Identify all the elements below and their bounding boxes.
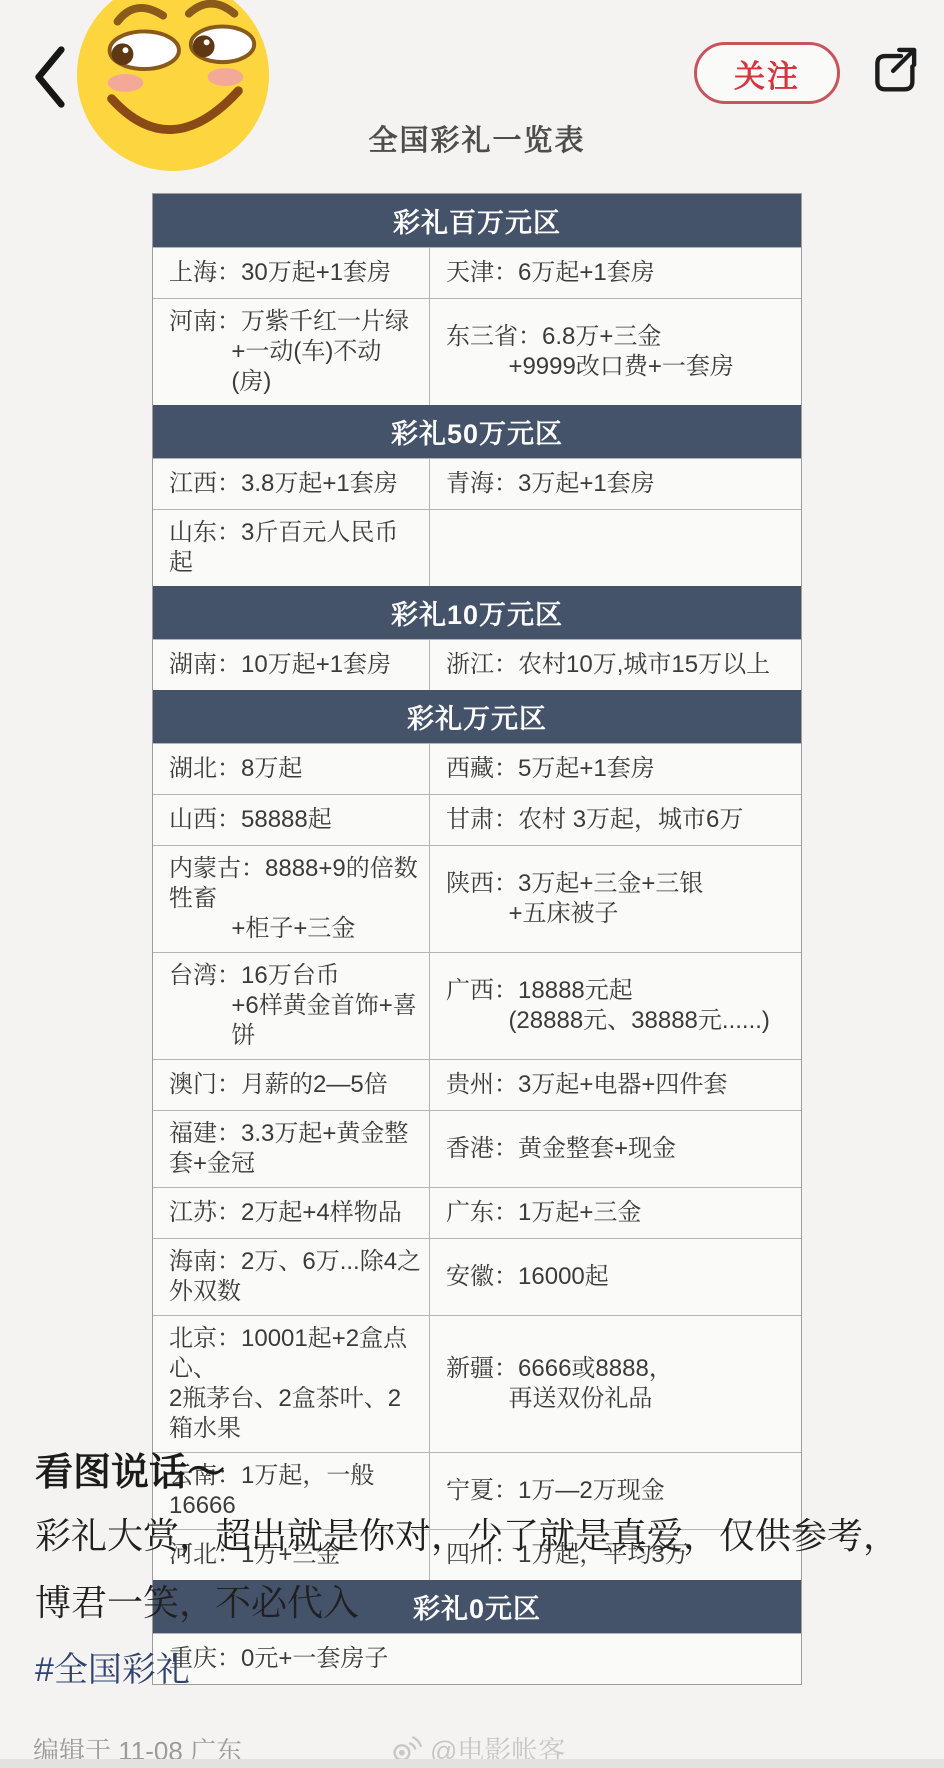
table-cell: 天津：6万起+1套房 xyxy=(429,248,801,298)
cell-line: 贵州：3万起+电器+四件套 xyxy=(446,1070,793,1100)
table-cell: 上海：30万起+1套房 xyxy=(153,248,429,298)
cell-line: 广东：1万起+三金 xyxy=(446,1198,793,1228)
section-header: 彩礼50万元区 xyxy=(153,405,801,458)
cell-line: 江西：3.8万起+1套房 xyxy=(169,469,421,499)
table-cell: 湖南：10万起+1套房 xyxy=(153,640,429,690)
cell-line: 内蒙古：8888+9的倍数牲畜 xyxy=(169,854,421,914)
table-row: 江苏：2万起+4样物品广东：1万起+三金 xyxy=(153,1187,801,1238)
cell-line: 2瓶茅台、2盒茶叶、2箱水果 xyxy=(169,1384,421,1444)
table-cell: 新疆：6666或8888，再送双份礼品 xyxy=(429,1316,801,1452)
cell-line: 新疆：6666或8888， xyxy=(446,1354,793,1384)
table-cell: 广西：18888元起(28888元、38888元......) xyxy=(429,953,801,1059)
table-cell: 青海：3万起+1套房 xyxy=(429,459,801,509)
table-cell: 西藏：5万起+1套房 xyxy=(429,744,801,794)
table-cell: 浙江：农村10万,城市15万以上 xyxy=(429,640,801,690)
table-row: 福建：3.3万起+黄金整套+金冠香港：黄金整套+现金 xyxy=(153,1110,801,1187)
cell-line: 陕西：3万起+三金+三银 xyxy=(446,869,793,899)
table-cell: 台湾：16万台币+6样黄金首饰+喜饼 xyxy=(153,953,429,1059)
cell-line: 安徽：16000起 xyxy=(446,1262,793,1292)
cell-line: +9999改口费+一套房 xyxy=(446,352,793,382)
cell-line: 广西：18888元起 xyxy=(446,976,793,1006)
table-row: 湖北：8万起西藏：5万起+1套房 xyxy=(153,743,801,794)
cell-line: +柜子+三金 xyxy=(169,914,421,944)
table-cell: 江苏：2万起+4样物品 xyxy=(153,1188,429,1238)
cell-line: 江苏：2万起+4样物品 xyxy=(169,1198,421,1228)
table-row: 重庆：0元+一套房子 xyxy=(153,1633,801,1684)
table-cell: 广东：1万起+三金 xyxy=(429,1188,801,1238)
cell-line: 青海：3万起+1套房 xyxy=(446,469,793,499)
cell-line: 香港：黄金整套+现金 xyxy=(446,1134,793,1164)
table-cell: 山东：3斤百元人民币起 xyxy=(153,510,429,586)
cell-line: 澳门：月薪的2—5倍 xyxy=(169,1070,421,1100)
post-paragraph: 彩礼大赏，超出就是你对，少了就是真爱，仅供参考， 博君一笑，不必代入 xyxy=(35,1502,921,1636)
table-cell: 福建：3.3万起+黄金整套+金冠 xyxy=(153,1111,429,1187)
cell-line: +一动(车)不动(房) xyxy=(169,337,421,397)
table-cell: 湖北：8万起 xyxy=(153,744,429,794)
bottom-divider xyxy=(0,1759,944,1768)
cell-line: 浙江：农村10万,城市15万以上 xyxy=(446,650,793,680)
cell-line: (28888元、38888元......) xyxy=(446,1006,793,1036)
table-cell: 安徽：16000起 xyxy=(429,1239,801,1315)
post-paragraph-line: 博君一笑，不必代入 xyxy=(35,1569,921,1636)
cell-line: 甘肃：农村 3万起，城市6万 xyxy=(446,805,793,835)
table-cell: 陕西：3万起+三金+三银+五床被子 xyxy=(429,846,801,952)
table-cell xyxy=(429,510,801,586)
cell-line: +五床被子 xyxy=(446,899,793,929)
cell-line: 山西：58888起 xyxy=(169,805,421,835)
table-cell: 江西：3.8万起+1套房 xyxy=(153,459,429,509)
cell-line: 西藏：5万起+1套房 xyxy=(446,754,793,784)
cell-line: 台湾：16万台币 xyxy=(169,961,421,991)
back-icon[interactable] xyxy=(28,44,72,110)
cell-line: 湖北：8万起 xyxy=(169,754,421,784)
table-cell: 东三省：6.8万+三金+9999改口费+一套房 xyxy=(429,299,801,405)
table-row: 山西：58888起甘肃：农村 3万起，城市6万 xyxy=(153,794,801,845)
cell-line: 山东：3斤百元人民币起 xyxy=(169,518,421,578)
cell-line: +6样黄金首饰+喜饼 xyxy=(169,991,421,1051)
table-row: 山东：3斤百元人民币起 xyxy=(153,509,801,586)
table-row: 澳门：月薪的2—5倍贵州：3万起+电器+四件套 xyxy=(153,1059,801,1110)
post-paragraph-line: 彩礼大赏，超出就是你对，少了就是真爱，仅供参考， xyxy=(35,1502,921,1569)
cell-line: 重庆：0元+一套房子 xyxy=(169,1644,793,1674)
cell-line: 上海：30万起+1套房 xyxy=(169,258,421,288)
table-title: 全国彩礼一览表 xyxy=(152,118,802,159)
cell-line: 湖南：10万起+1套房 xyxy=(169,650,421,680)
table-row: 海南：2万、6万...除4之外双数安徽：16000起 xyxy=(153,1238,801,1315)
table-row: 上海：30万起+1套房天津：6万起+1套房 xyxy=(153,247,801,298)
follow-button[interactable]: 关注 xyxy=(694,42,840,104)
table-cell: 海南：2万、6万...除4之外双数 xyxy=(153,1239,429,1315)
cell-line: 福建：3.3万起+黄金整套+金冠 xyxy=(169,1119,421,1179)
table-cell: 澳门：月薪的2—5倍 xyxy=(153,1060,429,1110)
table-cell: 香港：黄金整套+现金 xyxy=(429,1111,801,1187)
cell-line: 再送双份礼品 xyxy=(446,1384,793,1414)
table-cell: 北京：10001起+2盒点心、2瓶茅台、2盒茶叶、2箱水果 xyxy=(153,1316,429,1452)
table-row: 江西：3.8万起+1套房青海：3万起+1套房 xyxy=(153,458,801,509)
section-header: 彩礼万元区 xyxy=(153,690,801,743)
bride-price-table-image[interactable]: 彩礼百万元区上海：30万起+1套房天津：6万起+1套房河南：万紫千红一片绿+一动… xyxy=(152,193,802,1685)
post-heading: 看图说话～ xyxy=(35,1441,225,1496)
table-cell: 山西：58888起 xyxy=(153,795,429,845)
table-row: 北京：10001起+2盒点心、2瓶茅台、2盒茶叶、2箱水果新疆：6666或888… xyxy=(153,1315,801,1452)
cell-line: 海南：2万、6万...除4之外双数 xyxy=(169,1247,421,1307)
table-cell: 甘肃：农村 3万起，城市6万 xyxy=(429,795,801,845)
table-row: 湖南：10万起+1套房浙江：农村10万,城市15万以上 xyxy=(153,639,801,690)
table-cell: 河南：万紫千红一片绿+一动(车)不动(房) xyxy=(153,299,429,405)
hashtag-link[interactable]: #全国彩礼 xyxy=(35,1642,190,1691)
section-header: 彩礼百万元区 xyxy=(153,194,801,247)
share-icon[interactable] xyxy=(866,38,922,102)
post-detail-screen: 关注 全国彩礼一览表 彩礼百万元区上海：30万起+1套房天津：6万起+1套房河南… xyxy=(0,0,944,1768)
cell-line: 东三省：6.8万+三金 xyxy=(446,322,793,352)
table-row: 河南：万紫千红一片绿+一动(车)不动(房)东三省：6.8万+三金+9999改口费… xyxy=(153,298,801,405)
table-cell: 内蒙古：8888+9的倍数牲畜+柜子+三金 xyxy=(153,846,429,952)
table-cell: 重庆：0元+一套房子 xyxy=(153,1634,801,1684)
cell-line: 北京：10001起+2盒点心、 xyxy=(169,1324,421,1384)
cell-line: 天津：6万起+1套房 xyxy=(446,258,793,288)
table-row: 内蒙古：8888+9的倍数牲畜+柜子+三金陕西：3万起+三金+三银+五床被子 xyxy=(153,845,801,952)
table-row: 台湾：16万台币+6样黄金首饰+喜饼广西：18888元起(28888元、3888… xyxy=(153,952,801,1059)
cell-line: 河南：万紫千红一片绿 xyxy=(169,307,421,337)
table-cell: 贵州：3万起+电器+四件套 xyxy=(429,1060,801,1110)
section-header: 彩礼10万元区 xyxy=(153,586,801,639)
